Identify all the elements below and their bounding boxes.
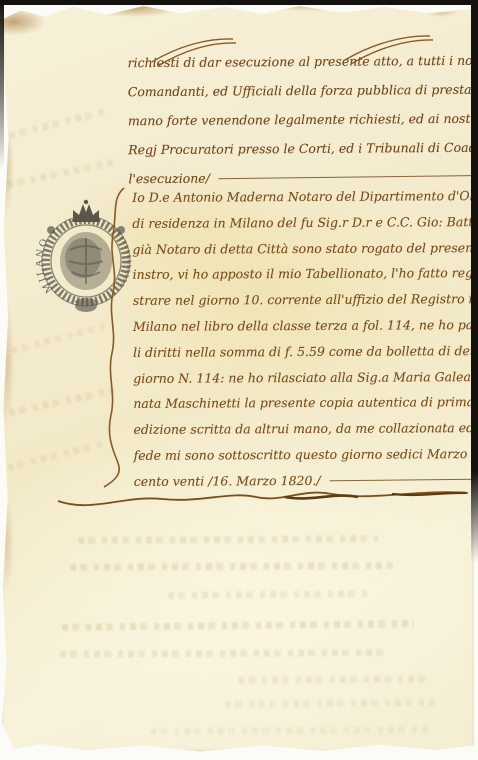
scan-edge-left [0, 0, 4, 170]
notary-stamp: MILANO [36, 198, 136, 314]
scanned-manuscript-page: richiesti di dar esecuzione al presente … [0, 0, 478, 760]
manuscript-line: strare nel giorno 10. corrente all'uffiz… [133, 286, 473, 314]
stamp-coat-of-arms [60, 232, 112, 290]
manuscript-line: Milano nel libro della classe terza a fo… [133, 312, 473, 340]
manuscript-line: edizione scritta da altrui mano, da me c… [133, 415, 473, 443]
scan-edge-right [471, 0, 478, 760]
closing-rule [330, 479, 474, 482]
manuscript-date-line: cento venti /16. Marzo 1820./ [134, 467, 474, 495]
closing-clause: richiesti di dar esecuzione al presente … [127, 46, 472, 193]
manuscript-line: fede mi sono sottoscritto questo giorno … [134, 441, 474, 469]
manuscript-line: già Notaro di detta Città sono stato rog… [132, 235, 472, 263]
manuscript-line: richiesti di dar esecuzione al presente … [127, 46, 471, 77]
manuscript-line: Io D.e Antonio Maderna Notaro del Dipart… [132, 183, 472, 211]
scan-edge-top [0, 0, 478, 5]
manuscript-line-text: cento venti /16. Marzo 1820./ [134, 468, 321, 495]
manuscript-line: mano forte venendone legalmente richiest… [128, 104, 472, 135]
bleed-through-line [150, 726, 430, 734]
manuscript-line: li diritti nella somma di f. 5.59 come d… [133, 338, 473, 366]
manuscript-line: di residenza in Milano del fu Sig.r D.r … [132, 209, 472, 237]
stamp-graphic: MILANO [36, 200, 130, 312]
divider-rule [219, 175, 473, 179]
manuscript-line: Regj Procuratori presso le Corti, ed i T… [128, 133, 472, 164]
manuscript-line: nata Maschinetti la presente copia auten… [133, 389, 473, 417]
stamp-rosette [47, 226, 55, 234]
notary-attestation: Io D.e Antonio Maderna Notaro del Dipart… [132, 183, 474, 494]
manuscript-line: Comandanti, ed Ufficiali della forza pub… [128, 75, 472, 106]
manuscript-line: instro, vi ho apposto il mio Tabellionat… [133, 261, 473, 289]
manuscript-line: giorno N. 114: ne ho rilasciato alla Sig… [133, 364, 473, 392]
stamp-rosette [117, 226, 125, 234]
bleed-through-line [238, 675, 428, 683]
stamp-bottom-ornament [75, 300, 97, 312]
